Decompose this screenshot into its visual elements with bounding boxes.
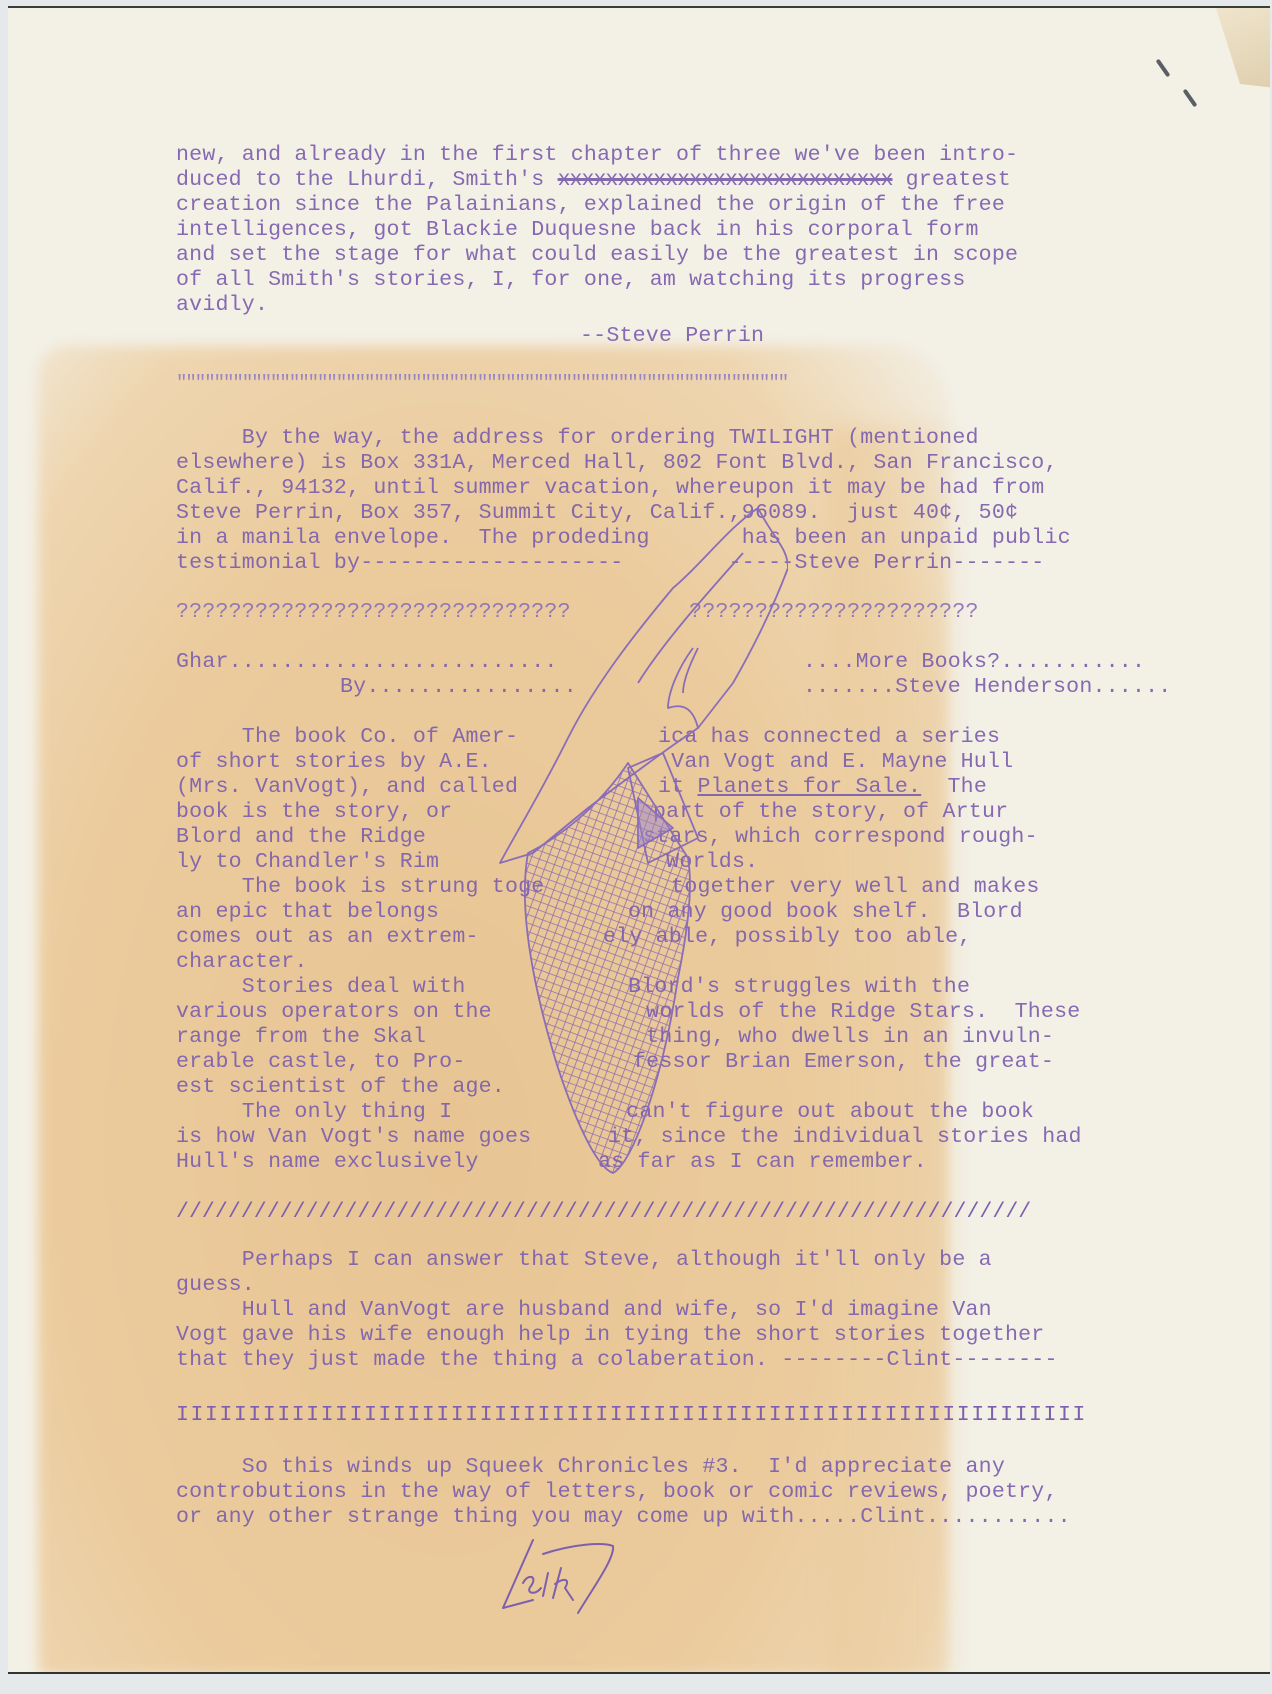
staple-icon <box>1183 89 1198 108</box>
review-left-line: erable castle, to Pro- <box>176 1050 465 1075</box>
divider-bars: IIIIIIIIIIIIIIIIIIIIIIIIIIIIIIIIIIIIIIII… <box>176 1403 1216 1427</box>
review-author: .......Steve Henderson...... <box>803 675 1171 700</box>
review-signoff: --Steve Perrin <box>580 324 764 349</box>
typewritten-page: new, and already in the first chapter of… <box>8 8 1270 1672</box>
reply-line: guess. <box>176 1273 255 1298</box>
review-line: intelligences, got Blackie Duquesne back… <box>176 218 979 243</box>
reply-line: that they just made the thing a colabera… <box>176 1348 1058 1373</box>
review-left-line: The only thing I <box>176 1100 452 1125</box>
review-left-line: Hull's name exclusively <box>176 1150 479 1175</box>
reply-line: Perhaps I can answer that Steve, althoug… <box>176 1248 992 1273</box>
review-line: and set the stage for what could easily … <box>176 243 1018 268</box>
review-left-line: ly to Chandler's Rim <box>176 850 439 875</box>
review-line: new, and already in the first chapter of… <box>176 143 1018 168</box>
note-line: Calif., 94132, until summer vacation, wh… <box>176 476 1044 501</box>
folded-corner <box>1216 8 1270 88</box>
closing-line: So this winds up Squeek Chronicles #3. I… <box>176 1455 1005 1480</box>
review-left-line: range from the Skal <box>176 1025 426 1050</box>
note-line: elsewhere) is Box 331A, Merced Hall, 802… <box>176 451 1058 476</box>
closing-line: or any other strange thing you may come … <box>176 1505 1071 1530</box>
review-left-line: est scientist of the age. <box>176 1075 505 1100</box>
review-left-line: book is the story, or <box>176 800 452 825</box>
review-left-line: (Mrs. VanVogt), and called <box>176 775 518 800</box>
review-left-line: Stories deal with <box>176 975 465 1000</box>
struck-text: xxxxxxxxxxxxxxxxxxxxxxxxxxxx <box>558 168 893 192</box>
divider-slashes: ////////////////////////////////////////… <box>176 1200 1216 1224</box>
review-line: creation since the Palainians, explained… <box>176 193 1005 218</box>
signature-logo <box>493 1538 643 1618</box>
review-left-line: of short stories by A.E. <box>176 750 492 775</box>
staple-icon <box>1156 59 1171 78</box>
review-left-line: an epic that belongs <box>176 900 439 925</box>
review-left-line: Blord and the Ridge <box>176 825 426 850</box>
review-left-line: character. <box>176 950 308 975</box>
reply-line: Vogt gave his wife enough help in tying … <box>176 1323 1044 1348</box>
text-fragment: greatest <box>892 168 1010 192</box>
divider-quotes: """"""""""""""""""""""""""""""""""""""""… <box>176 372 1216 394</box>
rocket-ship-drawing <box>488 508 788 1188</box>
text-fragment: The <box>921 775 987 799</box>
review-left-line: The book Co. of Amer- <box>176 725 518 750</box>
note-line: By the way, the address for ordering TWI… <box>176 426 979 451</box>
review-left-line: comes out as an extrem- <box>176 925 479 950</box>
text-fragment: duced to the Lhurdi, Smith's <box>176 168 558 192</box>
review-title-right: ....More Books?........... <box>803 650 1145 675</box>
review-line: avidly. <box>176 293 268 318</box>
review-line: of all Smith's stories, I, for one, am w… <box>176 268 966 293</box>
reply-line: Hull and VanVogt are husband and wife, s… <box>176 1298 992 1323</box>
review-line-struck: duced to the Lhurdi, Smith's xxxxxxxxxxx… <box>176 168 1011 193</box>
review-left-line: is how Van Vogt's name goes <box>176 1125 531 1150</box>
review-left-line: various operators on the <box>176 1000 492 1025</box>
closing-line: controbutions in the way of letters, boo… <box>176 1480 1058 1505</box>
